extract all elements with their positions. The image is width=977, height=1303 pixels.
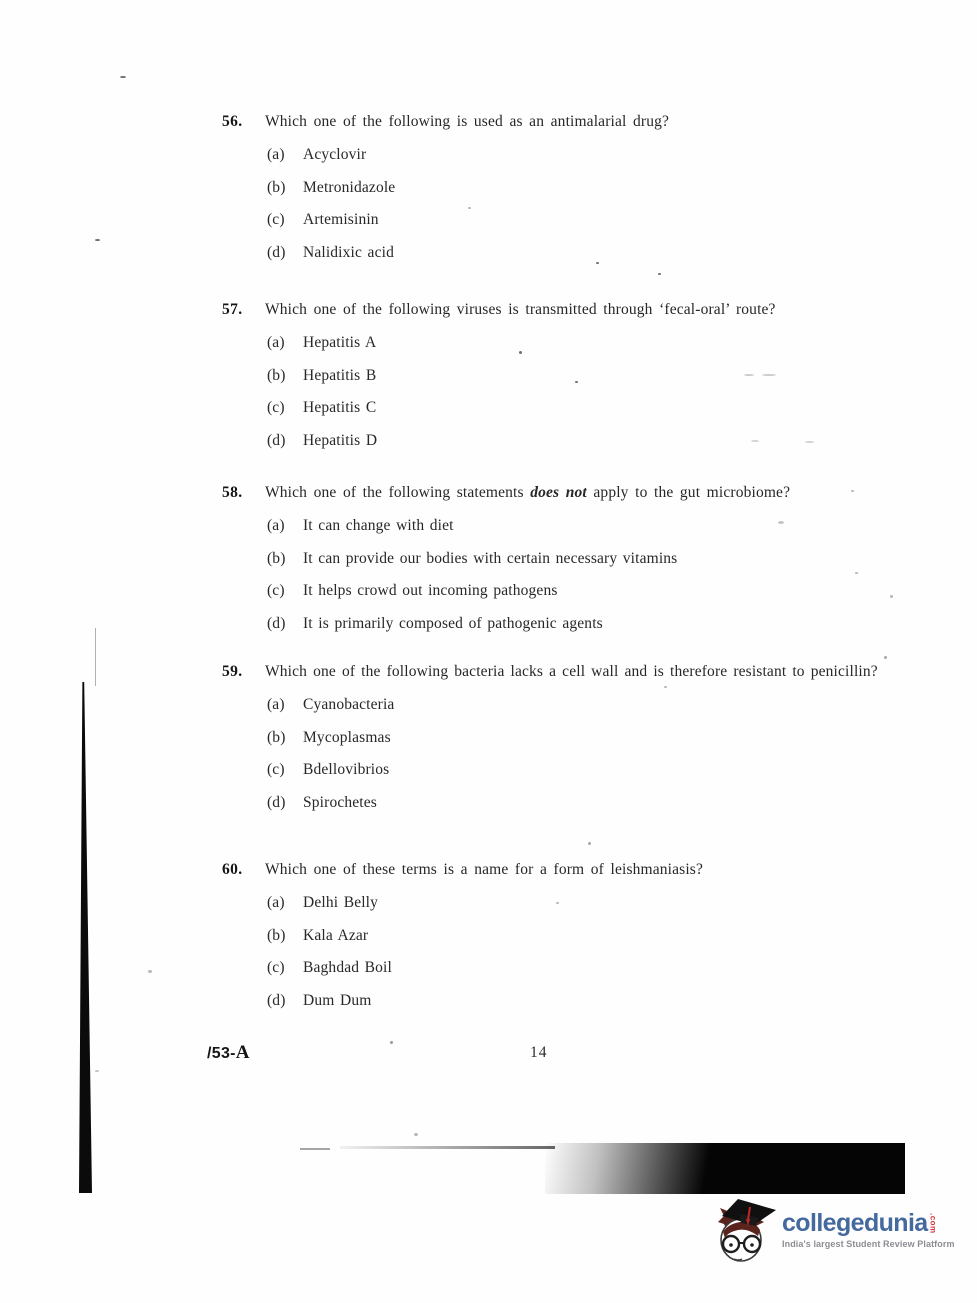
logo-text-group: collegedunia .com India's largest Studen… [782,1198,955,1249]
question-text: Which one of the following is used as an… [265,112,877,131]
question-58: 58. Which one of the following statement… [0,483,977,646]
answer-option-d: (d)Spirochetes [267,793,977,812]
option-letter: (a) [267,333,303,352]
question-57: 57. Which one of the following viruses i… [0,300,977,463]
question-text: Which one of the following bacteria lack… [265,662,885,681]
answer-option-b: (b)Kala Azar [267,926,977,945]
option-letter: (b) [267,178,303,197]
option-letter: (a) [267,145,303,164]
option-letter: (c) [267,398,303,417]
scan-speck [414,1133,418,1136]
question-text-part: Which one of the following statements [265,484,530,501]
answer-option-d: (d)It is primarily composed of pathogeni… [267,614,977,633]
scan-speck [148,970,152,973]
option-letter: (a) [267,695,303,714]
answer-option-b: (b)Mycoplasmas [267,728,977,747]
option-text: Hepatitis B [303,367,376,384]
scan-speck [596,262,599,264]
brand-tagline: India's largest Student Review Platform [782,1239,955,1249]
scan-speck [588,842,591,845]
answer-option-b: (b)Hepatitis B [267,366,977,385]
question-number: 57. [222,300,243,319]
question-text-part: Which one of the following is used as an… [265,113,669,130]
scan-speck [762,374,776,376]
scan-speck [778,521,784,524]
option-text: It can provide our bodies with certain n… [303,550,677,567]
question-number: 59. [222,662,243,681]
question-text: Which one of the following viruses is tr… [265,300,877,319]
answer-option-a: (a)Cyanobacteria [267,695,977,714]
answer-option-b: (b)Metronidazole [267,178,977,197]
option-letter: (b) [267,366,303,385]
option-letter: (d) [267,431,303,450]
option-text: Metronidazole [303,179,395,196]
option-text: Delhi Belly [303,894,378,911]
options-list: (a)It can change with diet (b)It can pro… [0,516,977,633]
option-text: Kala Azar [303,927,368,944]
answer-option-a: (a)Hepatitis A [267,333,977,352]
question-text-part: Which one of the following bacteria lack… [265,663,878,680]
question-text: Which one of the following statements do… [265,483,877,502]
option-letter: (a) [267,893,303,912]
options-list: (a)Cyanobacteria (b)Mycoplasmas (c)Bdell… [0,695,977,812]
answer-option-a: (a)It can change with diet [267,516,977,535]
option-letter: (d) [267,793,303,812]
option-text: Artemisinin [303,211,379,228]
option-letter: (c) [267,581,303,600]
question-text: Which one of these terms is a name for a… [265,860,877,879]
question-text-part: apply to the gut microbiome? [587,484,790,501]
scan-speck [884,656,887,659]
collegedunia-logo: collegedunia .com India's largest Studen… [714,1198,964,1270]
graduate-student-mascot-icon [714,1198,780,1268]
scan-speck [519,351,522,354]
option-text: Hepatitis C [303,399,376,416]
option-letter: (c) [267,210,303,229]
option-letter: (d) [267,991,303,1010]
option-letter: (d) [267,243,303,262]
question-59: 59. Which one of the following bacteria … [0,662,977,825]
answer-option-d: (d)Dum Dum [267,991,977,1010]
scan-speck [390,1041,393,1044]
booklet-code-text: /53- [207,1045,236,1062]
scan-speck [805,441,814,443]
answer-option-c: (c)Baghdad Boil [267,958,977,977]
question-number: 58. [222,483,243,502]
option-text: Cyanobacteria [303,696,394,713]
answer-option-a: (a)Acyclovir [267,145,977,164]
question-text-part: Which one of these terms is a name for a… [265,861,703,878]
option-text: Nalidixic acid [303,244,394,261]
option-text: Dum Dum [303,992,371,1009]
scanned-question-paper-page: 56. Which one of the following is used a… [0,0,977,1303]
option-text: Bdellovibrios [303,761,389,778]
option-letter: (b) [267,549,303,568]
option-text: Hepatitis A [303,334,376,351]
option-text: It can change with diet [303,517,454,534]
scan-speck [468,207,471,209]
option-text: Acyclovir [303,146,366,163]
scan-speck [890,595,893,598]
answer-option-c: (c)Bdellovibrios [267,760,977,779]
option-text: Spirochetes [303,794,377,811]
options-list: (a)Hepatitis A (b)Hepatitis B (c)Hepatit… [0,333,977,450]
question-text-part: Which one of the following viruses is tr… [265,301,776,318]
answer-option-c: (c)Hepatitis C [267,398,977,417]
option-text: It helps crowd out incoming pathogens [303,582,558,599]
scan-artifact-band [545,1143,905,1194]
option-text: It is primarily composed of pathogenic a… [303,615,603,632]
answer-option-d: (d)Nalidixic acid [267,243,977,262]
scan-speck [95,239,100,241]
answer-option-c: (c)Artemisinin [267,210,977,229]
option-text: Baghdad Boil [303,959,392,976]
option-letter: (d) [267,614,303,633]
scan-speck [851,490,854,492]
booklet-series: A [236,1042,250,1063]
question-number: 56. [222,112,243,131]
scan-artifact-line [340,1146,555,1149]
scan-speck [744,374,754,376]
options-list: (a)Acyclovir (b)Metronidazole (c)Artemis… [0,145,977,262]
scan-speck [855,572,858,574]
scan-speck [95,1070,99,1072]
option-letter: (b) [267,926,303,945]
scan-fold-line [95,628,96,686]
brand-wordmark: collegedunia [782,1210,928,1236]
scan-speck [751,440,759,442]
answer-option-b: (b)It can provide our bodies with certai… [267,549,977,568]
scan-speck [556,902,559,904]
page-number: 14 [530,1044,548,1062]
option-letter: (c) [267,760,303,779]
question-text-emphasis: does not [530,484,587,501]
answer-option-d: (d)Hepatitis D [267,431,977,450]
answer-option-a: (a)Delhi Belly [267,893,977,912]
question-60: 60. Which one of these terms is a name f… [0,860,977,1023]
option-letter: (c) [267,958,303,977]
option-letter: (b) [267,728,303,747]
option-letter: (a) [267,516,303,535]
booklet-code: /53-A [207,1042,250,1064]
scan-speck [658,273,661,275]
option-text: Hepatitis D [303,432,377,449]
question-56: 56. Which one of the following is used a… [0,112,977,275]
scan-artifact-dash [300,1148,330,1150]
answer-option-c: (c)It helps crowd out incoming pathogens [267,581,977,600]
options-list: (a)Delhi Belly (b)Kala Azar (c)Baghdad B… [0,893,977,1010]
brand-domain-suffix: .com [929,1213,938,1234]
scan-speck [664,686,667,688]
scan-speck [575,381,578,383]
option-text: Mycoplasmas [303,729,391,746]
scan-speck [120,76,126,78]
question-number: 60. [222,860,243,879]
